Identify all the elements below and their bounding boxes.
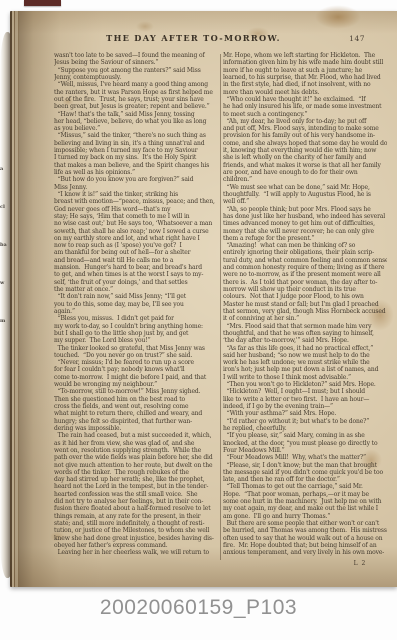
text-line: state; and, still more indefinitely, a t… <box>54 520 218 527</box>
text-line: The tinker looked so grateful, that Miss… <box>54 345 218 352</box>
text-line: some one hurt in the machinery. Just hel… <box>223 498 387 505</box>
text-line: things remain, at any rate for the prese… <box>54 513 218 520</box>
text-line: ‘the day after to-morrow,'” said Mrs. Ho… <box>223 337 387 344</box>
text-line: information given him by his wife made h… <box>223 59 387 66</box>
text-line: thoughtful, and that he was often saying… <box>223 330 387 337</box>
text-line: the matter at once.” <box>54 286 218 293</box>
text-line: path over the wide fields was plain befo… <box>54 454 218 461</box>
text-line: “Bless you, missus. I didn't get paid fo… <box>54 315 218 322</box>
text-line: again.” <box>54 308 218 315</box>
catalog-label: 20020060159_P103 <box>0 596 397 620</box>
text-line: her head, “believe, believe, do what you… <box>54 118 218 125</box>
text-line: did not try to analyse her feelings, but… <box>54 498 218 505</box>
text-line: hearted confession was the still small v… <box>54 491 218 498</box>
text-line: has done just like her husband, who inde… <box>223 213 387 220</box>
text-line: Jenny, contemptuously. <box>54 74 218 81</box>
text-line: often used to say that he would walk out… <box>223 535 387 542</box>
text-line: to meet such a contingency.” <box>223 111 387 118</box>
text-line: “Amazing! what can men be thinking of? s… <box>223 242 387 249</box>
text-line: she is left wholly on the charity of her… <box>223 154 387 161</box>
text-line: more than would meet his debts. <box>223 89 387 96</box>
text-line: as you believe.” <box>54 125 218 132</box>
text-line: thoughtfully. “I will apply to Augustus … <box>223 191 387 198</box>
text-line: “Ah, my dear, he lived only for to-day; … <box>223 118 387 125</box>
foxing-stain <box>315 5 361 29</box>
text-line: entirely ignoring their obligations, the… <box>223 249 387 256</box>
text-line: my work to-day, so I couldn't bring anyt… <box>54 323 218 330</box>
text-line: dering was impossible. <box>54 425 218 432</box>
text-line: obeyed her father's express command. <box>54 542 218 549</box>
text-line: “We must see what can be done,” said Mr.… <box>223 184 387 191</box>
text-line: now to reap such as (I 'spose) you've go… <box>54 242 218 249</box>
text-line: work he has left undone; we must strike … <box>223 359 387 366</box>
text-line: my coat again, my dear, and make out the… <box>223 505 387 512</box>
text-line: “I'd rather go without it; but what's to… <box>223 418 387 425</box>
text-line: self, ‘the fruit of your doings,' and th… <box>54 279 218 286</box>
text-line: fire. Mr. Hope doubted that; but being h… <box>223 542 387 549</box>
text-line: hungry; she felt so dispirited, that fur… <box>54 418 218 425</box>
text-column-right: Mr. Hope, whom we left starting for Hick… <box>223 52 387 560</box>
text-line: But there are some people that either wo… <box>223 520 387 527</box>
text-line: believing and living in sin, it's a thin… <box>54 140 218 147</box>
text-line: to get, and when times is at the worst I… <box>54 271 218 278</box>
text-line: “Ah, so people think; but poor Mrs. Floo… <box>223 206 387 213</box>
text-line: God never goes off His word—that's my <box>54 206 218 213</box>
column-divider <box>220 54 221 560</box>
text-line: that makes a man believe, and the Spirit… <box>54 162 218 169</box>
text-line: tution, or justice of the Milestones, to… <box>54 527 218 534</box>
text-line: as it hid her from view, she was glad of… <box>54 440 218 447</box>
text-line: cross the fields, and went out, resolvin… <box>54 403 218 410</box>
book-scan: THE DAY AFTER TO-MORROW. 147 wasn't too … <box>0 0 397 640</box>
text-line: impossible; when I turned my face to my … <box>54 147 218 154</box>
text-line: a <box>0 150 8 188</box>
text-line: said her husband; “so now we must help t… <box>223 352 387 359</box>
text-line: money that she will never recover; he ca… <box>223 228 387 235</box>
text-line: Hope. “That poor woman, perhaps,—or it m… <box>223 491 387 498</box>
text-line: the message said if you didn't come quic… <box>223 469 387 476</box>
text-line: “Hickleton? Well, I ought—I must; but I … <box>223 388 387 395</box>
text-line: day had stirred up her wrath; she, like … <box>54 476 218 483</box>
text-line: Then she questioned him on the best road… <box>54 396 218 403</box>
text-line: on my earthly store and lot, and what ri… <box>54 235 218 242</box>
text-line: and common honesty require of them; livi… <box>223 264 387 271</box>
text-line: stay; He says, ‘Him that cometh to me I … <box>54 213 218 220</box>
text-line: more if he ought to leave at such a junc… <box>223 67 387 74</box>
text-line: w <box>0 264 8 302</box>
text-line: am thankful for being out of hell—for a … <box>54 249 218 256</box>
text-line: breast with emotion—“peace, missus, peac… <box>54 198 218 205</box>
text-column-left: wasn't too late to be saved—I found the … <box>54 52 218 560</box>
text-line: Miss Jenny. <box>54 184 218 191</box>
text-line: times advanced money to get him out of d… <box>223 220 387 227</box>
text-line: be hurried, and Thomas was among them. H… <box>223 527 387 534</box>
text-line: and bread—and wait till He calls me to a <box>54 257 218 264</box>
text-line: “I know it is!” said the tinker, strikin… <box>54 191 218 198</box>
text-line: touched. “Do you never go on trust?” she… <box>54 352 218 359</box>
text-line: am gone. I'll go and hurry Thomas.” <box>223 513 387 520</box>
text-line: I will write to those I think most advis… <box>223 374 387 381</box>
text-line: “Who could have thought it!” he exclaime… <box>223 96 387 103</box>
text-line: well off.” <box>223 198 387 205</box>
text-line: “Four Meadows Mill! Why, what's the matt… <box>223 454 387 461</box>
text-line: not give much attention to her route, bu… <box>54 462 218 469</box>
text-line: he replied, cheerfully. <box>223 425 387 432</box>
text-line: it of conniving at her sin.” <box>223 315 387 322</box>
text-line: Four Meadows Mill.” <box>223 447 387 454</box>
text-line: The rain had ceased, but a mist succeede… <box>54 432 218 439</box>
text-line: morrow will show up their conduct in its… <box>223 286 387 293</box>
text-line: Master he must stand or fall; but I'm gl… <box>223 301 387 308</box>
text-line: cl <box>0 188 8 226</box>
text-line: mansion. Hunger's hard to bear, and brea… <box>54 264 218 271</box>
text-line: “It don't rain now,” said Miss Jenny; “I… <box>54 293 218 300</box>
text-line: “Suppose you got among the ranters?” sai… <box>54 67 218 74</box>
text-line: colours. Not that I judge poor Flood, to… <box>223 293 387 300</box>
text-line: “But how do you know you are forgiven?” … <box>54 176 218 183</box>
text-line: friends, and what makes it worse is that… <box>223 162 387 169</box>
text-line: “Missus,” said the tinker, “there's no s… <box>54 132 218 139</box>
binding-chip <box>24 0 61 6</box>
text-line: tural duty, and what common feeling and … <box>223 257 387 264</box>
facing-page-fragments: aclbawm <box>0 150 8 340</box>
text-line: it, knowing that everything would die wi… <box>223 147 387 154</box>
text-line: knocked, at the door, “you must please g… <box>223 440 387 447</box>
page-header: THE DAY AFTER TO-MORROW. 147 <box>54 33 397 45</box>
text-line: iron's hot; just help me put down a list… <box>223 366 387 373</box>
text-line: Jesus being the Saviour of sinners.” <box>54 59 218 66</box>
text-line: no wise cast out;' but He says too, ‘Wha… <box>54 220 218 227</box>
text-line: them a refuge for the present.” <box>223 235 387 242</box>
text-line: “With your asthma?” said Mrs. Hope. <box>223 410 387 417</box>
text-line: that sermon, very glad, though Miss Horn… <box>223 308 387 315</box>
text-line: “To-morrow, still to-morrow!” Miss Jenny… <box>54 388 218 395</box>
foxing-stain <box>136 21 154 32</box>
text-line: heard not the Lord in the tempest, but i… <box>54 483 218 490</box>
text-line: “Please, sir, I don't know; but the man … <box>223 462 387 469</box>
text-line: went on, resolution supplying strength. … <box>54 447 218 454</box>
text-line: “Well, missus, I've heard many a good th… <box>54 81 218 88</box>
text-line: ba <box>0 226 8 264</box>
text-line: what might to return there, chilled and … <box>54 410 218 417</box>
page-edge-lines <box>10 11 36 587</box>
text-line: learned, to his surprise, that Mr. Flood… <box>223 74 387 81</box>
text-line: indeed, if I go by the evening train—” <box>223 403 387 410</box>
text-line: I turned my back on my sins. It's the Ho… <box>54 154 218 161</box>
book-page: THE DAY AFTER TO-MORROW. 147 wasn't too … <box>10 11 397 587</box>
text-line: knew she had done great injustice, besid… <box>54 535 218 542</box>
text-line: fusion there floated about a half-formed… <box>54 505 218 512</box>
text-line: anxious temperament, and very lively in … <box>223 549 387 556</box>
text-line: come, and she always hoped that some day… <box>223 140 387 147</box>
text-line: he had only insured his life, or made so… <box>223 103 387 110</box>
text-line: for fear I couldn't pay; nobody knows wh… <box>54 366 218 373</box>
text-line: and put off, Mrs. Flood says, intending … <box>223 125 387 132</box>
text-line: Leaving her in her cheerless walk, we wi… <box>54 549 218 556</box>
text-line: in the first style, had died, if not ins… <box>223 81 387 88</box>
text-line: come to-morrow. I might die before I pai… <box>54 374 218 381</box>
text-line: been great, but Jesus is greater; repent… <box>54 103 218 110</box>
text-line: Mr. Hope, whom we left starting for Hick… <box>223 52 387 59</box>
text-line: “Tell Thomas to get out the carriage,” s… <box>223 483 387 490</box>
text-line: “Then you won't go to Hickleton?” said M… <box>223 381 387 388</box>
text-line: out of the fire. Trust, he says, trust; … <box>54 96 218 103</box>
text-line: are poor, and have enough to do for thei… <box>223 169 387 176</box>
text-line: you to do this, some day, may be, I'll s… <box>54 301 218 308</box>
text-line: but I shall go to the little shop just b… <box>54 330 218 337</box>
text-line: “Haw! that's the talk,” said Miss Jenny,… <box>54 111 218 118</box>
text-line: “Mrs. Flood said that that sermon made h… <box>223 323 387 330</box>
text-line: like to write a letter or two first. I h… <box>223 396 387 403</box>
text-line: would be wronging my neighbour.” <box>54 381 218 388</box>
text-line: m <box>0 302 8 340</box>
text-line: words of the tinker. The rough rebukes o… <box>54 469 218 476</box>
text-line: were no to-morrow, as if the present mom… <box>223 271 387 278</box>
text-line: my supper. The Lord bless you!” <box>54 337 218 344</box>
signature-mark: L 2 <box>330 560 390 567</box>
text-line: life as well as his opinions.” <box>54 169 218 176</box>
text-line: wasn't too late to be saved—I found the … <box>54 52 218 59</box>
text-line: children.” <box>223 176 387 183</box>
text-line: late, and then he ran off for the doctor… <box>223 476 387 483</box>
text-line: soweth, that shall he also reap;' now I … <box>54 228 218 235</box>
text-line: there is. As I told that poor woman, the… <box>223 279 387 286</box>
page-number: 147 <box>349 34 365 43</box>
text-line: the ranters, but it was Parson Hope as f… <box>54 89 218 96</box>
text-line: “Never, missus; I'd be feared to run up … <box>54 359 218 366</box>
text-line: provision for his family out of his very… <box>223 132 387 139</box>
running-title: THE DAY AFTER TO-MORROW. <box>54 33 333 43</box>
text-line: “As far as this life goes, it had no pra… <box>223 345 387 352</box>
text-line: “If you please, sir,” said Mary, coming … <box>223 432 387 439</box>
